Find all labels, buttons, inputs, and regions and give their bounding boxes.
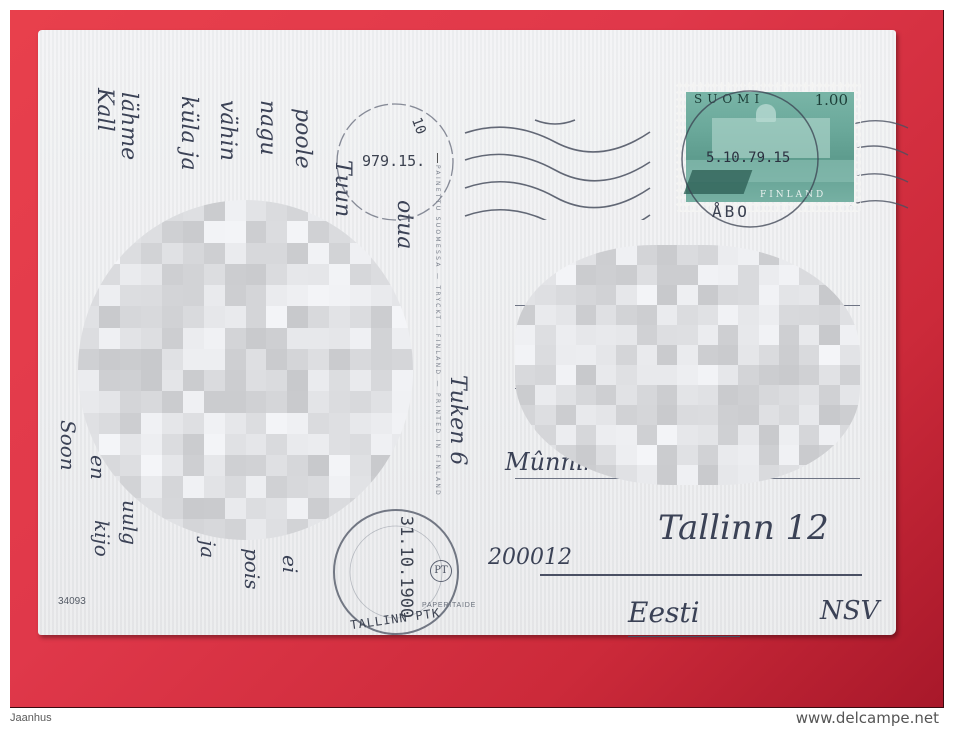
privacy-blur-message [78, 200, 413, 540]
message-line: vähin [215, 100, 240, 161]
address-rule [540, 574, 862, 576]
stamp-cancel-city: ÅBO [712, 202, 750, 221]
site-watermark: www.delcampe.net [796, 709, 939, 727]
address-city: Tallinn 12 [658, 508, 829, 548]
card-code: 34093 [58, 596, 86, 607]
message-line: Soon [56, 420, 80, 471]
stamp-cancel-date: 5.10.79.15 [706, 150, 790, 166]
seller-name: Jaanhus [10, 712, 52, 724]
message-line: pois [240, 548, 264, 590]
message-line: Tuken 6 [445, 375, 470, 465]
address-country-suffix: NSV [820, 596, 879, 626]
postmark-date: 979.15. [362, 152, 425, 170]
footer: Jaanhus www.delcampe.net [0, 711, 953, 730]
address-country: Eesti [628, 596, 700, 629]
divider-tick [437, 153, 438, 163]
privacy-blur-address [515, 245, 860, 485]
postal-code: 200012 [488, 545, 572, 570]
publisher-name: PAPERITAIDE [422, 602, 476, 609]
message-line: Kall [92, 88, 117, 132]
wavy-cancellation-lines [460, 100, 660, 220]
message-line: ei [278, 555, 302, 573]
message-line: nagu [255, 100, 280, 156]
message-line: ja [196, 540, 220, 558]
publisher-logo: PT [430, 560, 452, 582]
message-line: lähme [116, 92, 141, 160]
arrival-date: 31.10.1900 [396, 516, 416, 618]
address-rule [628, 636, 740, 637]
divider-print-text: PAINETTU SUOMESSA — TRYCKT I FINLAND — P… [434, 165, 441, 497]
message-line: poole [290, 108, 315, 169]
message-line: küla ja [176, 96, 201, 171]
